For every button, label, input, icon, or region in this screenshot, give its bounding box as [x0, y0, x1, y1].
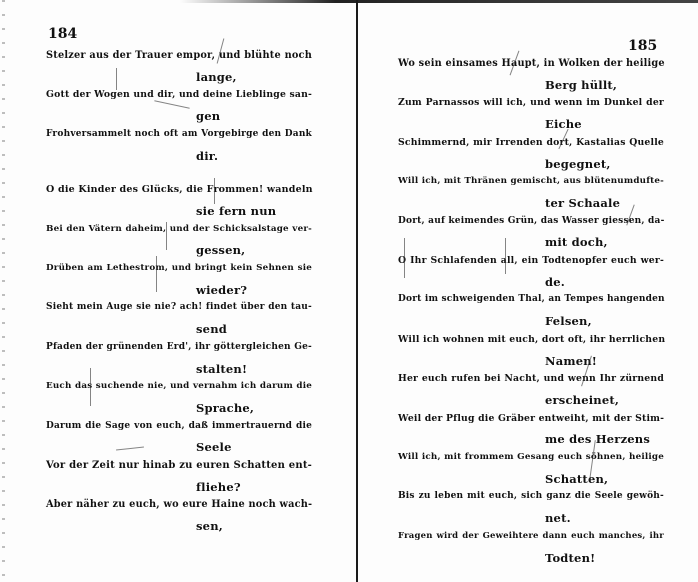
- poem-line: Schimmernd, mir Irrenden dort, Kastalias…: [398, 137, 664, 148]
- poem-line: Vor der Zeit nur hinab zu euren Schatten…: [46, 460, 312, 471]
- poem-line: Stelzer aus der Trauer empor, und blühte…: [46, 50, 312, 61]
- poem-line-continuation: gen: [196, 109, 220, 123]
- poem-line: O Ihr Schlafenden all, ein Todtenopfer e…: [398, 255, 664, 266]
- poem-line-continuation: dir.: [196, 149, 218, 163]
- poem-line-continuation: ter Schaale: [545, 196, 620, 210]
- poem-line: Euch das suchende nie, und vernahm ich d…: [46, 381, 312, 391]
- poem-line-continuation: mit doch,: [545, 235, 608, 249]
- poem-line-continuation: de.: [545, 275, 565, 289]
- poem-line: Will ich, mit Thränen gemischt, aus blüt…: [398, 176, 664, 186]
- poem-line: Drüben am Lethestrom, und bringt kein Se…: [46, 263, 312, 273]
- poem-line-continuation: wieder?: [196, 283, 247, 297]
- right-page: 185 Wo sein einsames Haupt, in Wolken de…: [358, 0, 698, 582]
- pencil-mark: [116, 68, 117, 90]
- pencil-mark: [166, 222, 167, 250]
- poem-line-continuation: Sprache,: [196, 401, 254, 415]
- poem-line: Aber näher zu euch, wo eure Haine noch w…: [46, 499, 312, 510]
- poem-line-continuation: gessen,: [196, 243, 245, 257]
- poem-line: Fragen wird der Geweihtere dann euch man…: [398, 531, 664, 541]
- pencil-mark: [404, 238, 405, 278]
- poem-line: Bei den Vätern daheim, und der Schicksal…: [46, 224, 312, 234]
- page-number-left: 184: [48, 26, 77, 42]
- poem-line: Zum Parnassos will ich, und wenn im Dunk…: [398, 97, 664, 108]
- poem-line-continuation: lange,: [196, 70, 237, 84]
- page-number-right: 185: [628, 38, 657, 54]
- poem-line-continuation: fliehe?: [196, 480, 241, 494]
- poem-line-continuation: Eiche: [545, 117, 582, 131]
- poem-line-continuation: Todten!: [545, 551, 595, 565]
- left-page: 184 Stelzer aus der Trauer empor, und bl…: [0, 0, 356, 582]
- poem-line: Frohversammelt noch oft am Vorgebirge de…: [46, 129, 312, 139]
- poem-line: Dort im schweigenden Thal, an Tempes han…: [398, 294, 664, 304]
- pencil-mark: [505, 238, 506, 274]
- poem-line: Will ich wohnen mit euch, dort oft, ihr …: [398, 334, 664, 345]
- book-spread: 184 Stelzer aus der Trauer empor, und bl…: [0, 0, 698, 582]
- poem-line-continuation: Seele: [196, 440, 232, 454]
- poem-line-continuation: begegnet,: [545, 157, 611, 171]
- poem-line-continuation: me des Herzens: [545, 432, 650, 446]
- poem-line: Wo sein einsames Haupt, in Wolken der he…: [398, 58, 664, 69]
- poem-line: Dort, auf keimendes Grün, das Wasser gie…: [398, 216, 664, 226]
- poem-line-continuation: Schatten,: [545, 472, 608, 486]
- poem-line: O die Kinder des Glücks, die Frommen! wa…: [46, 184, 312, 195]
- poem-line-continuation: sen,: [196, 519, 223, 533]
- poem-line: Bis zu leben mit euch, sich ganz die See…: [398, 491, 664, 501]
- pencil-mark: [90, 368, 91, 406]
- poem-line-continuation: send: [196, 322, 227, 336]
- poem-line-continuation: erscheinet,: [545, 393, 619, 407]
- pencil-mark: [214, 178, 215, 204]
- poem-line: Her euch rufen bei Nacht, und wenn Ihr z…: [398, 373, 664, 384]
- poem-line: Gott der Wogen und dir, und deine Liebli…: [46, 89, 312, 100]
- poem-line-continuation: Berg hüllt,: [545, 78, 617, 92]
- pencil-mark: [156, 256, 157, 292]
- poem-line-continuation: Felsen,: [545, 314, 592, 328]
- poem-line-continuation: stalten!: [196, 362, 247, 376]
- poem-line: Sieht mein Auge sie nie? ach! findet übe…: [46, 302, 312, 312]
- poem-line: Will ich, mit frommem Gesang euch söhnen…: [398, 452, 664, 462]
- poem-line-continuation: sie fern nun: [196, 204, 276, 218]
- poem-line: Weil der Pflug die Gräber entweiht, mit …: [398, 413, 664, 424]
- poem-line: Darum die Sage von euch, daß immertrauer…: [46, 421, 312, 431]
- poem-line: Pfaden der grünenden Erd', ihr göttergle…: [46, 342, 312, 352]
- poem-line-continuation: net.: [545, 511, 571, 525]
